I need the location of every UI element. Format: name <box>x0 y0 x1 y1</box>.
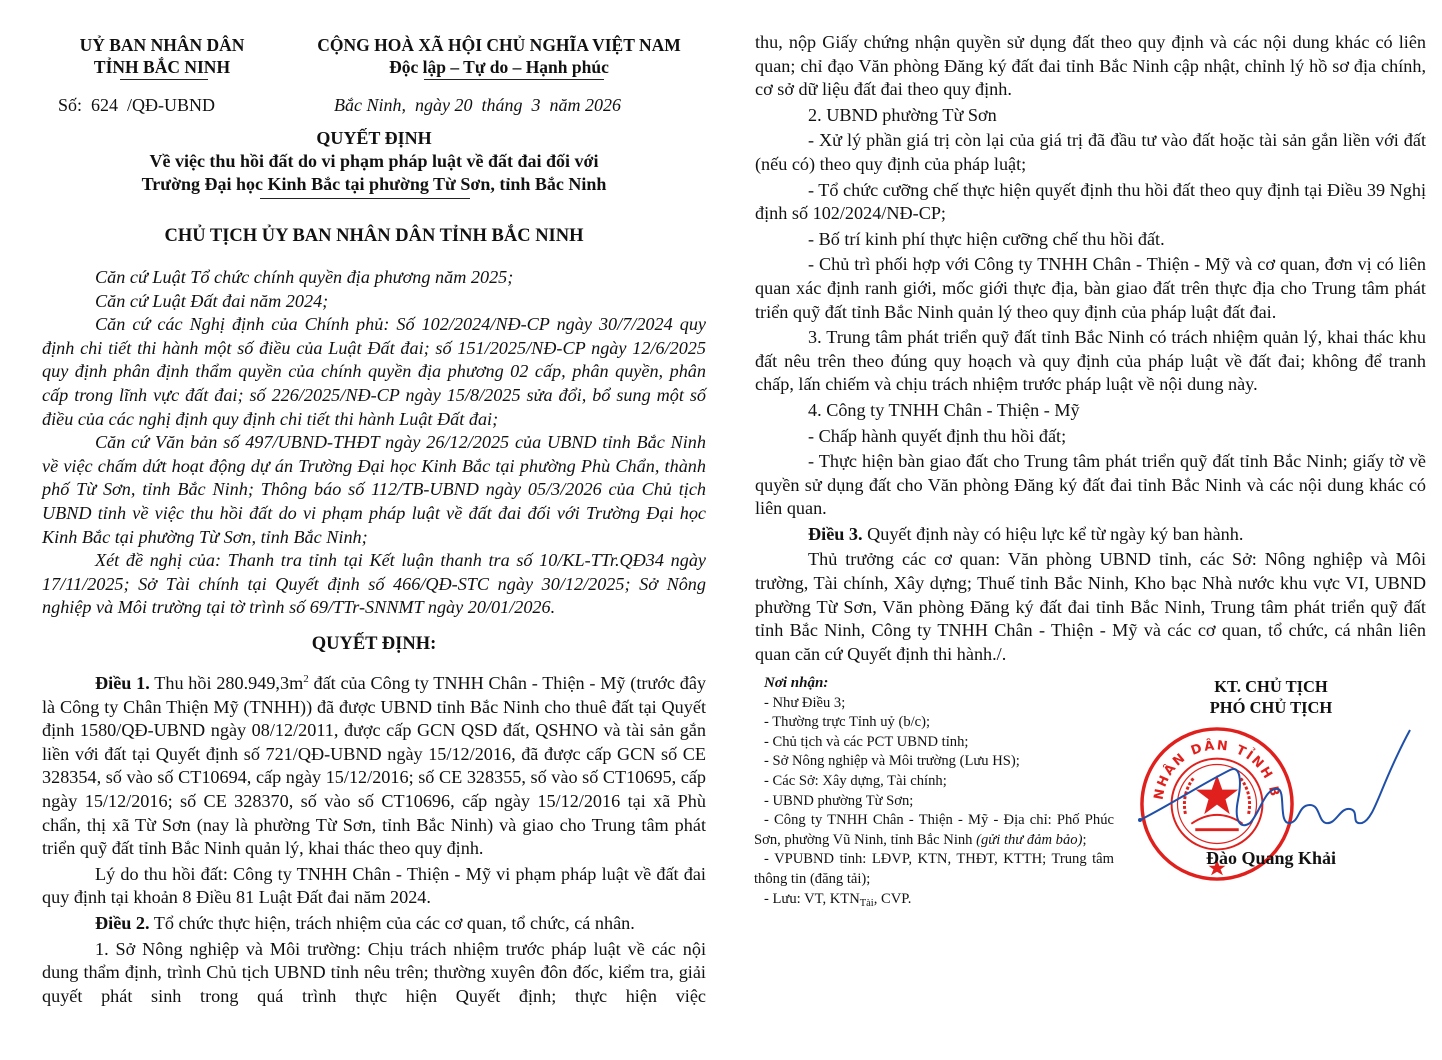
issuing-authority: CHỦ TỊCH ỦY BAN NHÂN DÂN TỈNH BẮC NINH <box>42 226 706 247</box>
signer-name: Đào Quang Khải <box>1140 848 1402 869</box>
number-suffix: /QĐ-UBND <box>127 95 215 115</box>
decision-heading: QUYẾT ĐỊNH: <box>42 634 706 655</box>
preamble-item: Xét đề nghị của: Thanh tra tỉnh tại Kết … <box>42 549 706 620</box>
article-2-item-4-point: - Chấp hành quyết định thu hồi đất; <box>755 425 1426 449</box>
article-2: Điều 2. Tổ chức thực hiện, trách nhiệm c… <box>42 912 706 936</box>
org-line-1: UỶ BAN NHÂN DÂN <box>42 34 282 56</box>
number-label: Số: <box>58 95 82 115</box>
article-1-label: Điều 1. <box>95 673 150 693</box>
company-end: ; <box>1082 832 1086 848</box>
article-1-text: Thu hồi 280.949,3m <box>150 673 303 693</box>
article-2-item-3: 3. Trung tâm phát triển quỹ đất tỉnh Bắc… <box>755 326 1426 397</box>
article-2-item-2-point: - Tổ chức cưỡng chế thực hiện quyết định… <box>755 179 1426 226</box>
org-line-2: TỈNH BẮC NINH <box>42 56 282 78</box>
org-underline <box>120 79 208 80</box>
archive-subscript: Tài <box>860 898 874 909</box>
archive-prefix: - Lưu: VT, KTN <box>764 891 860 907</box>
article-2-item-4-title: 4. Công ty TNHH Chân - Thiện - Mỹ <box>755 399 1426 423</box>
recipient-archive: - Lưu: VT, KTNTài, CVP. <box>764 890 1114 914</box>
preamble-item: Căn cứ các Nghị định của Chính phủ: Số 1… <box>42 313 706 431</box>
issuing-organization: UỶ BAN NHÂN DÂN TỈNH BẮC NINH <box>42 34 282 78</box>
recipient-item: - Các Sở: Xây dựng, Tài chính; <box>764 772 1114 792</box>
article-3-execution: Thủ trưởng các cơ quan: Văn phòng UBND t… <box>755 548 1426 666</box>
article-3: Điều 3. Quyết định này có hiệu lực kể từ… <box>755 523 1426 547</box>
issue-date: Bắc Ninh, ngày 20 tháng 3 năm 2026 <box>334 95 621 116</box>
archive-suffix: , CVP. <box>874 891 912 907</box>
title-subject-line-1: Về việc thu hồi đất do vi phạm pháp luật… <box>42 150 706 173</box>
handwritten-signature-icon <box>1130 725 1420 855</box>
recipient-item: - UBND phường Từ Sơn; <box>764 792 1114 812</box>
signature-title: KT. CHỦ TỊCH PHÓ CHỦ TỊCH <box>1140 676 1402 718</box>
preamble-item: Căn cứ Luật Đất đai năm 2024; <box>42 290 706 314</box>
role-line-1: KT. CHỦ TỊCH <box>1140 676 1402 697</box>
recipient-item: - Sở Nông nghiệp và Môi trường (Lưu HS); <box>764 752 1114 772</box>
preamble-item: Căn cứ Văn bản số 497/UBND-THĐT ngày 26/… <box>42 431 706 549</box>
recipient-item: - Như Điều 3; <box>764 694 1114 714</box>
document-title: QUYẾT ĐỊNH Về việc thu hồi đất do vi phạ… <box>42 127 706 196</box>
article-2-item-1-cont: thu, nộp Giấy chứng nhận quyền sử dụng đ… <box>755 31 1426 102</box>
article-3-text: Quyết định này có hiệu lực kể từ ngày ký… <box>863 524 1244 544</box>
company-note: (gửi thư đảm bảo) <box>976 832 1082 848</box>
role-line-2: PHÓ CHỦ TỊCH <box>1140 697 1402 718</box>
document-number: Số: 624 /QĐ-UBND <box>58 95 215 116</box>
decision-body-left: Điều 1. Thu hồi 280.949,3m2 đất của Công… <box>42 672 706 1008</box>
article-2-text: Tổ chức thực hiện, trách nhiệm của các c… <box>150 913 635 933</box>
article-2-item-2-title: 2. UBND phường Từ Sơn <box>755 104 1426 128</box>
article-1: Điều 1. Thu hồi 280.949,3m2 đất của Công… <box>42 672 706 861</box>
article-2-item-2-point: - Xử lý phần giá trị còn lại của giá trị… <box>755 129 1426 176</box>
article-2-item-1: 1. Sở Nông nghiệp và Môi trường: Chịu tr… <box>42 938 706 1009</box>
document-header: UỶ BAN NHÂN DÂN TỈNH BẮC NINH CỘNG HOÀ X… <box>42 34 706 124</box>
article-3-label: Điều 3. <box>808 524 863 544</box>
recipients-block: Nơi nhận: - Như Điều 3; - Thường trực Tỉ… <box>764 674 1114 913</box>
recipient-item: - Thường trực Tỉnh uỷ (b/c); <box>764 713 1114 733</box>
recipients-heading: Nơi nhận: <box>764 674 1114 694</box>
recipient-company: - Công ty TNHH Chân - Thiện - Mỹ - Địa c… <box>754 811 1114 850</box>
preamble: Căn cứ Luật Tổ chức chính quyền địa phươ… <box>42 266 706 620</box>
number-value: 624 <box>91 95 118 115</box>
national-motto: CỘNG HOÀ XÃ HỘI CHỦ NGHĨA VIỆT NAM Độc l… <box>274 34 724 78</box>
recipient-office: - VPUBND tỉnh: LĐVP, KTN, THĐT, KTTH; Tr… <box>754 850 1114 889</box>
article-2-label: Điều 2. <box>95 913 150 933</box>
nation-line-1: CỘNG HOÀ XÃ HỘI CHỦ NGHĨA VIỆT NAM <box>274 34 724 56</box>
article-1-reason: Lý do thu hồi đất: Công ty TNHH Chân - T… <box>42 863 706 910</box>
office-text: - VPUBND tỉnh: LĐVP, KTN, THĐT, KTTH; Tr… <box>754 851 1114 887</box>
motto-underline <box>424 79 604 80</box>
title-subject-line-2: Trường Đại học Kinh Bắc tại phường Từ Sơ… <box>42 173 706 196</box>
title-underline <box>260 198 470 199</box>
preamble-item: Căn cứ Luật Tổ chức chính quyền địa phươ… <box>42 266 706 290</box>
article-2-item-2-point: - Bố trí kinh phí thực hiện cưỡng chế th… <box>755 228 1426 252</box>
article-2-item-4-point: - Thực hiện bàn giao đất cho Trung tâm p… <box>755 450 1426 521</box>
article-1-text-cont: đất của Công ty TNHH Chân - Thiện - Mỹ (… <box>42 673 706 858</box>
recipient-item: - Chủ tịch và các PCT UBND tỉnh; <box>764 733 1114 753</box>
title-heading: QUYẾT ĐỊNH <box>42 127 706 150</box>
nation-line-2: Độc lập – Tự do – Hạnh phúc <box>274 56 724 78</box>
article-2-item-2-point: - Chủ trì phối hợp với Công ty TNHH Chân… <box>755 253 1426 324</box>
decision-body-right: thu, nộp Giấy chứng nhận quyền sử dụng đ… <box>755 31 1426 666</box>
